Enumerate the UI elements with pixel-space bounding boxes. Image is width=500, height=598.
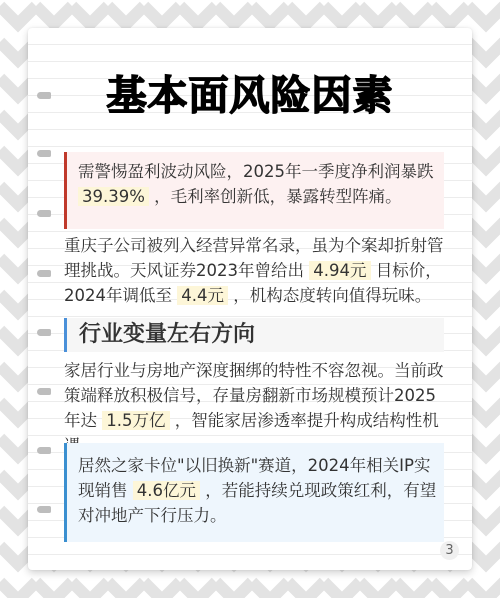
info-text: 居然之家卡位"以旧换新"赛道，2024年相关IP实现销售 4.6亿元 ，若能持续… <box>78 453 444 528</box>
highlight-value: 39.39% <box>78 187 149 206</box>
warning-text-part: 需警惕盈利波动风险，2025年一季度净利润暴跌 <box>78 162 434 181</box>
highlight-value: 4.6亿元 <box>133 481 200 500</box>
binder-ring <box>37 150 51 157</box>
warning-callout: 需警惕盈利波动风险，2025年一季度净利润暴跌 39.39% ，毛利率创新低，暴… <box>64 152 444 229</box>
highlight-value: 4.4元 <box>177 286 228 305</box>
info-text-part: ，若能持续兑现政策红利，有望对冲地产下行压力。 <box>78 481 436 525</box>
info-callout: 居然之家卡位"以旧换新"赛道，2024年相关IP实现销售 4.6亿元 ，若能持续… <box>64 443 444 542</box>
binder-ring <box>37 388 51 395</box>
page-number-badge: 3 <box>440 541 459 560</box>
paragraph-subsidiary-risk: 重庆子公司被列入经营异常名录，虽为个案却折射管理挑战。天风证券2023年曾给出 … <box>64 233 450 308</box>
binder-ring <box>37 447 51 454</box>
paragraph-text: ，机构态度转向值得玩味。 <box>233 286 431 305</box>
warning-text-part: ，毛利率创新低，暴露转型阵痛。 <box>154 187 402 206</box>
binder-ring <box>37 270 51 277</box>
highlight-value: 1.5万亿 <box>102 411 169 430</box>
section-heading: 行业变量左右方向 <box>64 318 444 352</box>
highlight-value: 4.94元 <box>309 261 370 280</box>
notebook-card: 基本面风险因素 需警惕盈利波动风险，2025年一季度净利润暴跌 39.39% ，… <box>28 28 472 570</box>
warning-text: 需警惕盈利波动风险，2025年一季度净利润暴跌 39.39% ，毛利率创新低，暴… <box>78 159 444 209</box>
binder-ring <box>37 210 51 217</box>
binder-ring <box>37 506 51 513</box>
page-title: 基本面风险因素 <box>28 64 472 121</box>
binder-ring <box>37 329 51 336</box>
